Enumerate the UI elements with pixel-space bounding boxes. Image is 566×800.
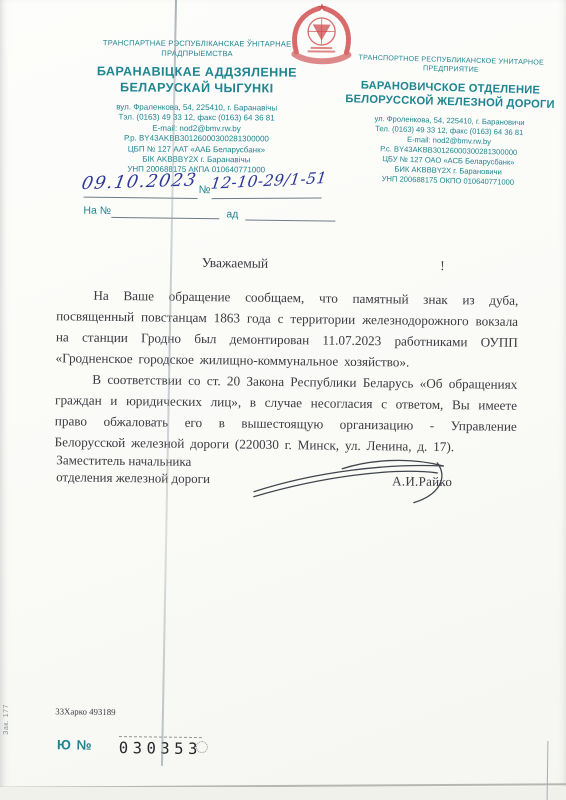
salutation-line: Уважаемый! xyxy=(202,255,445,274)
incoming-date-label: ад xyxy=(226,208,238,220)
letterhead-russian: ТРАНСПОРТНОЕ РЕСПУБЛИКАНСКОЕ УНИТАРНОЕ П… xyxy=(337,53,563,189)
redacted-name-gap xyxy=(268,268,440,270)
org-name: БАРАНОВИЧСКОЕ ОТДЕЛЕНИЕ БЕЛОРУССКОЙ ЖЕЛЕ… xyxy=(339,78,562,112)
print-shop-margin-note: Зак. 177 xyxy=(3,704,10,735)
org-address-block: вул. Фраленкова, 54, 225410, г. Баранаві… xyxy=(50,102,343,177)
salutation-punctuation: ! xyxy=(440,258,445,273)
round-stamp-mark-icon xyxy=(196,741,208,753)
incoming-date-blank xyxy=(245,220,335,222)
signer-position-line: Заместитель начальника xyxy=(56,451,210,470)
signer-position: Заместитель начальника отделения железно… xyxy=(56,451,210,487)
incoming-number-blank xyxy=(111,217,219,219)
date-underline xyxy=(84,197,198,199)
outgoing-number-label: № xyxy=(199,184,211,196)
salutation-text: Уважаемый xyxy=(202,255,269,271)
body-paragraph: В соответствии со ст. 20 Закона Республи… xyxy=(54,368,517,458)
signer-name: А.И.Райко xyxy=(392,473,452,490)
scanned-letter-page: ТРАНСПАРТНАЕ РЭСПУБЛІКАНСКАЕ ЎНІТАРНАЕ П… xyxy=(0,0,566,800)
scanner-background xyxy=(0,787,566,800)
letter-body: На Ваше обращение сообщаем, что памятный… xyxy=(54,284,518,458)
incoming-number-label: На № xyxy=(83,205,111,217)
org-name: БАРАНАВІЦКАЕ АДДЗЯЛЕННЕ БЕЛАРУСКАЙ ЧЫГУН… xyxy=(51,64,343,97)
body-paragraph: На Ваше обращение сообщаем, что памятный… xyxy=(55,284,518,374)
handwritten-date: 09.10.2023 xyxy=(80,170,199,194)
signer-position-line: отделения железной дороги xyxy=(56,468,210,487)
org-address-block: ул. Фроленкова, 54, 225410, г. Баранович… xyxy=(337,113,561,189)
executor-note: 33Харко 493189 xyxy=(55,706,115,717)
number-underline xyxy=(212,198,322,200)
form-series-label: Ю № xyxy=(57,737,93,752)
org-name-line: БЕЛАРУСКАЙ ЧЫГУНКІ xyxy=(51,79,343,97)
